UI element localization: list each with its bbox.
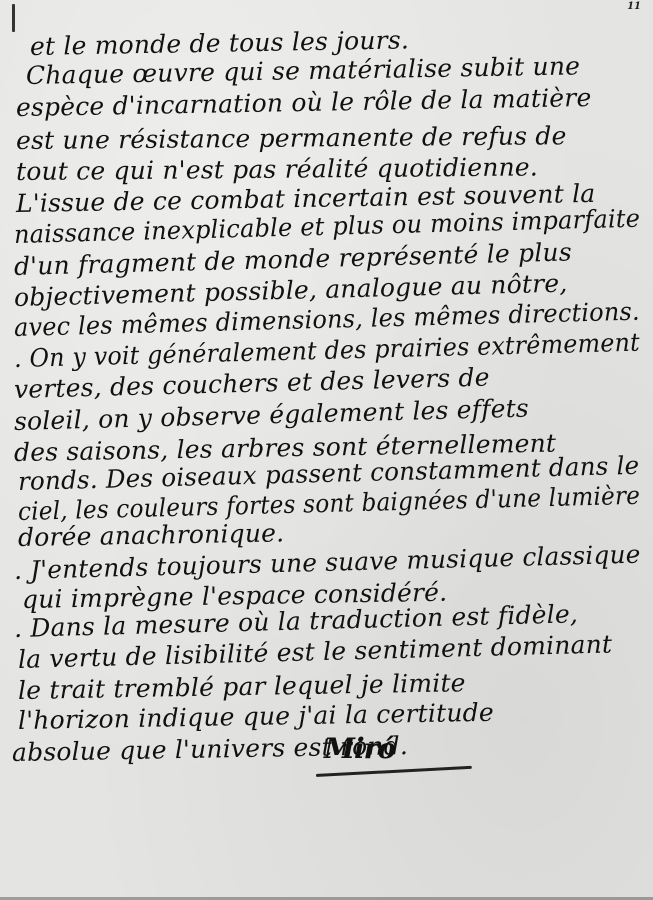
page-number: 11 [627, 1, 641, 12]
manuscript-line: dorée anachronique. [18, 518, 285, 553]
left-margin-mark [12, 4, 15, 32]
signature-underline [316, 766, 472, 777]
signature: Miró [324, 732, 395, 765]
manuscript-page: 11 et le monde de tous les jours. Chaque… [0, 0, 653, 900]
manuscript-line: est une résistance permanente de refus d… [16, 121, 567, 156]
